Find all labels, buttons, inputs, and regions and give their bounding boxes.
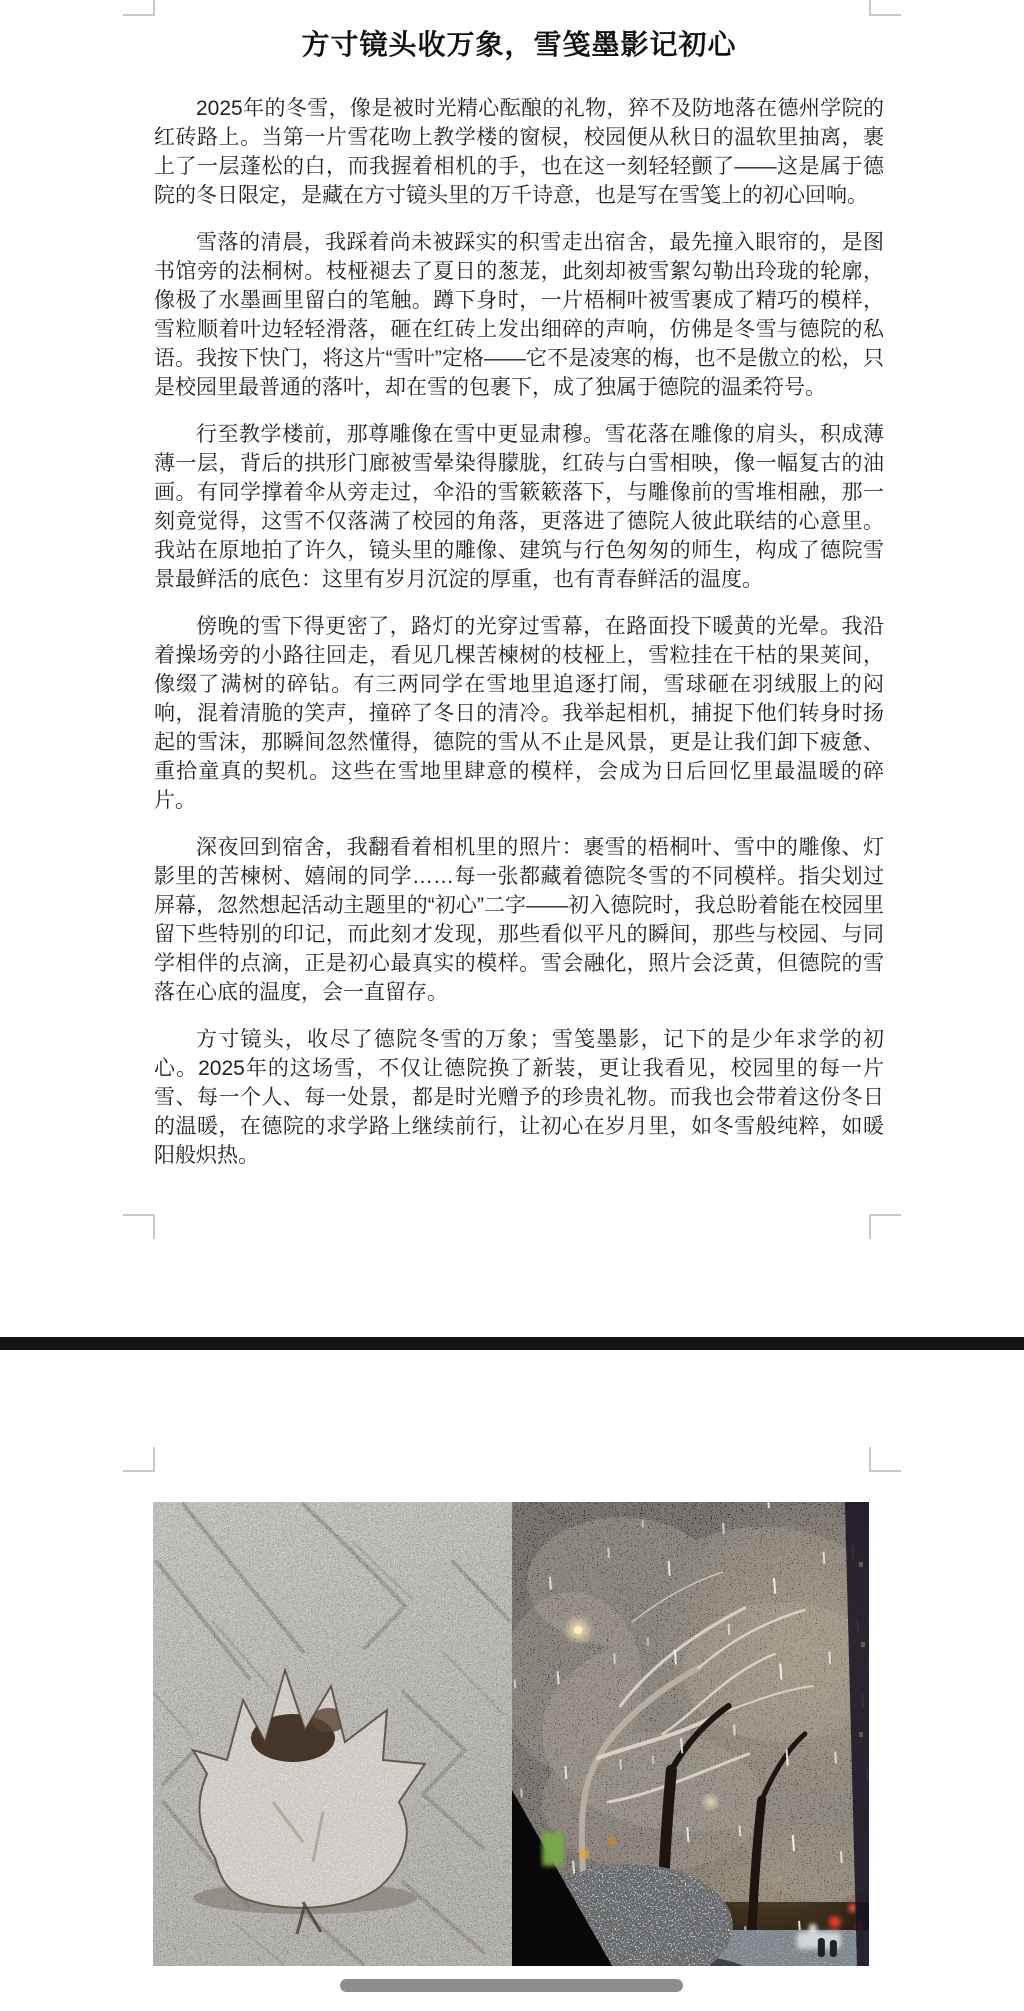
page-separator-bar — [0, 1337, 1024, 1350]
crop-mark-page2-right — [869, 1447, 901, 1472]
paragraph: 深夜回到宿舍，我翻看着相机里的照片：裹雪的梧桐叶、雪中的雕像、灯影里的苦楝树、嬉… — [154, 833, 884, 1007]
photo-night-trees[interactable] — [512, 1502, 869, 1966]
page-title: 方寸镜头收万象，雪笺墨影记初心 — [154, 26, 884, 64]
crop-mark-bottom-right — [869, 1214, 901, 1239]
crop-mark-page2-left — [123, 1447, 155, 1472]
crop-mark-bottom-left — [123, 1214, 155, 1239]
paragraph: 雪落的清晨，我踩着尚未被踩实的积雪走出宿舍，最先撞入眼帘的，是图书馆旁的法桐树。… — [154, 228, 884, 402]
document-page: 方寸镜头收万象，雪笺墨影记初心 2025年的冬雪，像是被时光精心酝酿的礼物，猝不… — [0, 0, 1024, 2011]
photo-snow-leaf[interactable] — [153, 1502, 512, 1966]
scroll-indicator[interactable] — [340, 1979, 683, 1992]
paragraphs: 2025年的冬雪，像是被时光精心酝酿的礼物，猝不及防地落在德州学院的红砖路上。当… — [154, 94, 884, 1170]
paragraph: 傍晚的雪下得更密了，路灯的光穿过雪幕，在路面投下暖黄的光晕。我沿着操场旁的小路往… — [154, 612, 884, 815]
crop-mark-top-left — [123, 0, 155, 16]
paragraph: 方寸镜头，收尽了德院冬雪的万象；雪笺墨影，记下的是少年求学的初心。2025年的这… — [154, 1025, 884, 1170]
paragraph: 2025年的冬雪，像是被时光精心酝酿的礼物，猝不及防地落在德州学院的红砖路上。当… — [154, 94, 884, 210]
essay-body: 方寸镜头收万象，雪笺墨影记初心 2025年的冬雪，像是被时光精心酝酿的礼物，猝不… — [154, 0, 884, 1188]
photo-row — [153, 1502, 869, 1966]
paragraph: 行至教学楼前，那尊雕像在雪中更显肃穆。雪花落在雕像的肩头，积成薄薄一层，背后的拱… — [154, 420, 884, 594]
